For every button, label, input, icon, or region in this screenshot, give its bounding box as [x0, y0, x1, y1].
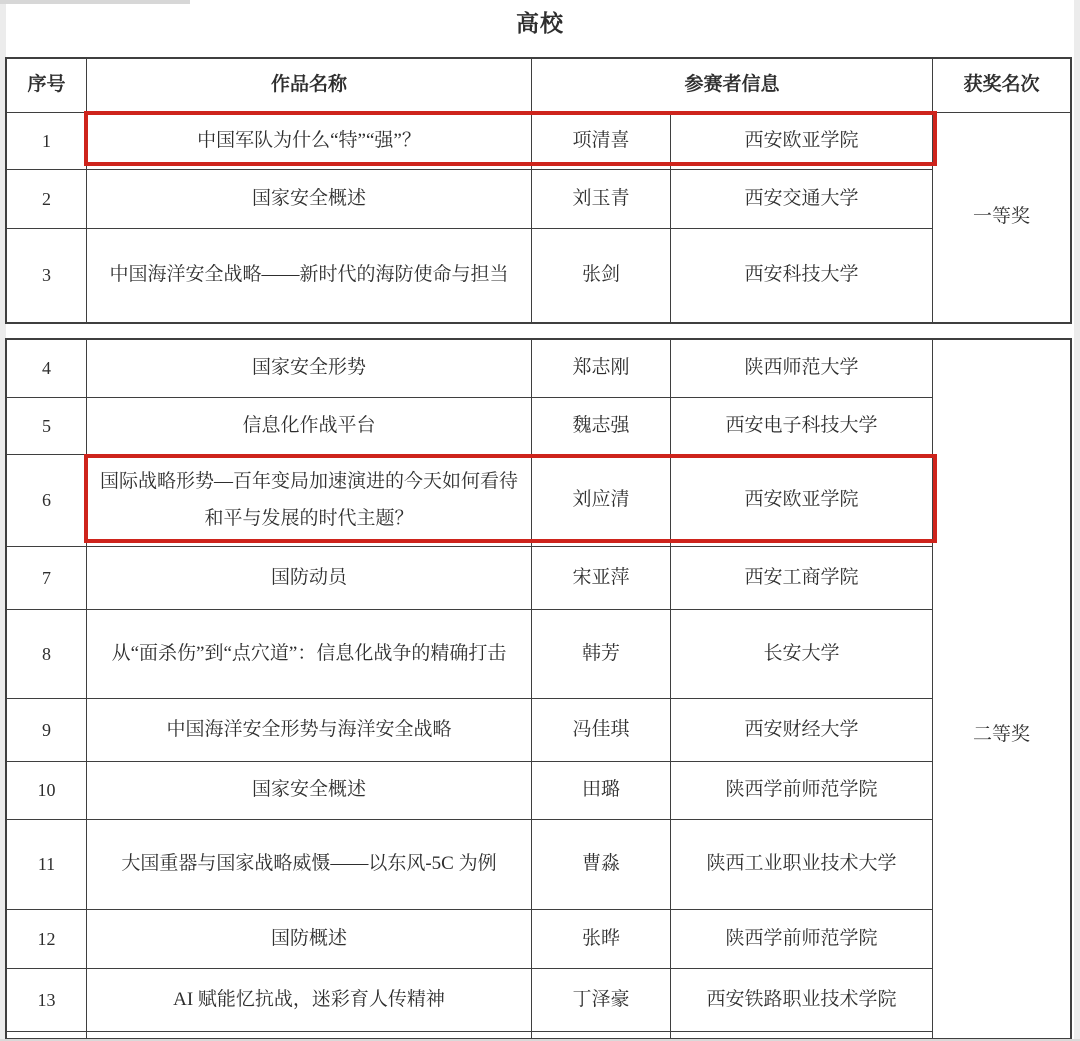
row-4-participant-school: 陕西师范大学	[671, 340, 933, 398]
row-5-participant-name: 魏志强	[532, 398, 671, 455]
row-3-index: 3	[7, 229, 87, 322]
row-2-participant-name: 刘玉青	[532, 170, 671, 229]
row-1-participant-school: 西安欧亚学院	[671, 113, 933, 170]
row-4-work-title: 国家安全形势	[87, 340, 532, 398]
scan-edge-artifact	[0, 0, 190, 4]
row-12-participant-school: 陕西学前师范学院	[671, 910, 933, 969]
row-7-work-title: 国防动员	[87, 547, 532, 610]
row-1-participant-name: 项清喜	[532, 113, 671, 170]
row-6-participant-school: 西安欧亚学院	[671, 455, 933, 547]
row-7-participant-name: 宋亚萍	[532, 547, 671, 610]
row-10-index: 10	[7, 762, 87, 820]
row-8-participant-school: 长安大学	[671, 610, 933, 699]
row-3-work-title: 中国海洋安全战略——新时代的海防使命与担当	[87, 229, 532, 322]
row-8-work-title: 从“面杀伤”到“点穴道”：信息化战争的精确打击	[87, 610, 532, 699]
row-7-participant-school: 西安工商学院	[671, 547, 933, 610]
row-6-work-title: 国际战略形势—百年变局加速演进的今天如何看待和平与发展的时代主题？	[87, 455, 532, 547]
row-6-participant-name: 刘应清	[532, 455, 671, 547]
row-11-participant-name: 曹淼	[532, 820, 671, 910]
col-header-work: 作品名称	[87, 59, 532, 113]
row-2-participant-school: 西安交通大学	[671, 170, 933, 229]
row-11-participant-school: 陕西工业职业技术大学	[671, 820, 933, 910]
award-rank-label: 一等奖	[973, 199, 1030, 235]
row-11-index: 11	[7, 820, 87, 910]
row-10-participant-school: 陕西学前师范学院	[671, 762, 933, 820]
row-5-index: 5	[7, 398, 87, 455]
award-rank-cell-second: 二等奖	[933, 340, 1070, 1038]
row-11-work-title: 大国重器与国家战略威慑——以东风-5C 为例	[87, 820, 532, 910]
col-header-index: 序号	[7, 59, 87, 113]
row-13-index: 13	[7, 969, 87, 1032]
row-13-work-title: AI 赋能忆抗战，迷彩育人传精神	[87, 969, 532, 1032]
award-rank-label: 二等奖	[973, 717, 1030, 753]
row-3-participant-name: 张剑	[532, 229, 671, 322]
row-3-participant-school: 西安科技大学	[671, 229, 933, 322]
row-13-participant-name: 丁泽豪	[532, 969, 671, 1032]
row-8-index: 8	[7, 610, 87, 699]
col-header-participant: 参赛者信息	[532, 59, 933, 113]
row-5-work-title: 信息化作战平台	[87, 398, 532, 455]
page-title: 高校	[0, 5, 1080, 38]
row-9-participant-school: 西安财经大学	[671, 699, 933, 762]
row-1-index: 1	[7, 113, 87, 170]
row-5-participant-school: 西安电子科技大学	[671, 398, 933, 455]
row-12-index: 12	[7, 910, 87, 969]
award-rank-cell-first: 一等奖	[933, 113, 1070, 322]
row-4-index: 4	[7, 340, 87, 398]
row-9-participant-name: 冯佳琪	[532, 699, 671, 762]
row-12-participant-name: 张晔	[532, 910, 671, 969]
row-9-index: 9	[7, 699, 87, 762]
row-6-index: 6	[7, 455, 87, 547]
col-header-award: 获奖名次	[933, 59, 1070, 113]
row-12-work-title: 国防概述	[87, 910, 532, 969]
awards-table-second-prize: 二等奖 4 国家安全形势 郑志刚 陕西师范大学 5 信息化作战平台 魏志强 西安…	[5, 338, 1072, 1040]
row-4-participant-name: 郑志刚	[532, 340, 671, 398]
row-9-work-title: 中国海洋安全形势与海洋安全战略	[87, 699, 532, 762]
row-10-work-title: 国家安全概述	[87, 762, 532, 820]
row-2-index: 2	[7, 170, 87, 229]
row-1-work-title: 中国军队为什么“特”“强”？	[87, 113, 532, 170]
row-8-participant-name: 韩芳	[532, 610, 671, 699]
awards-table-first-prize: 序号 作品名称 参赛者信息 获奖名次 一等奖 1 中国军队为什么“特”“强”？ …	[5, 57, 1072, 324]
row-13-participant-school: 西安铁路职业技术学院	[671, 969, 933, 1032]
row-7-index: 7	[7, 547, 87, 610]
row-2-work-title: 国家安全概述	[87, 170, 532, 229]
row-10-participant-name: 田璐	[532, 762, 671, 820]
